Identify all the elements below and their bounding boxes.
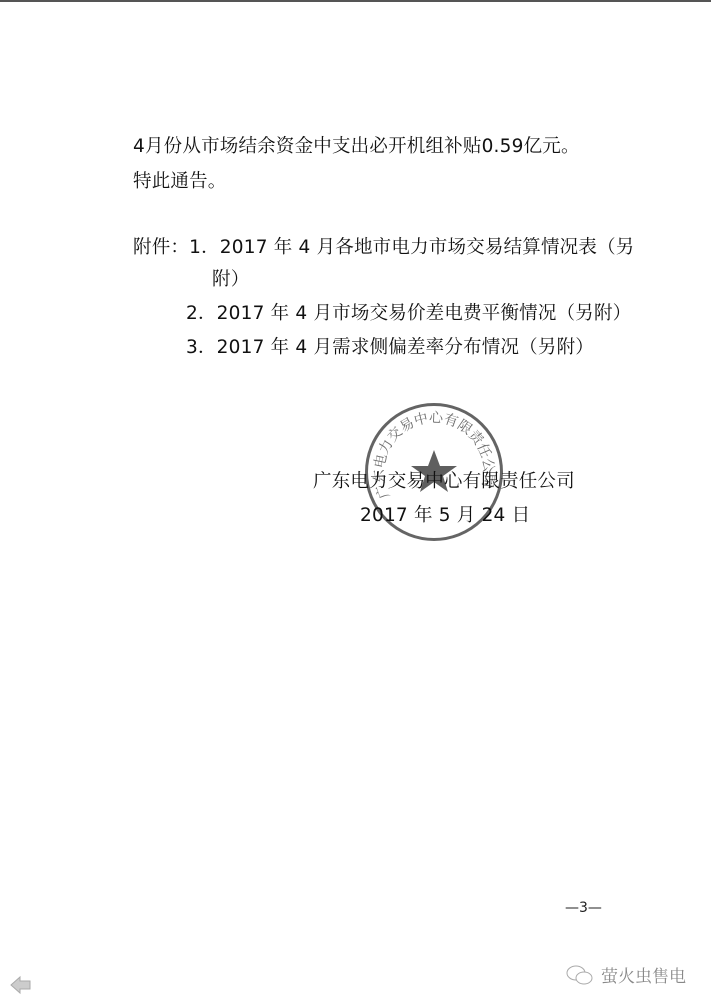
page-number: —3— <box>565 900 602 916</box>
attachment-1-cont: 附） <box>212 268 249 292</box>
attachment-2-text: 2017 年 4 月市场交易价差电费平衡情况（另附） <box>217 303 632 324</box>
body-line-1: 4月份从市场结余资金中支出必开机组补贴0.59亿元。 <box>133 135 580 159</box>
body-line-2: 特此通告。 <box>133 170 227 194</box>
attachment-3-num: 3． <box>186 337 217 358</box>
attachment-2: 2．2017 年 4 月市场交易价差电费平衡情况（另附） <box>186 302 631 326</box>
attachment-1: 附件：1．2017 年 4 月各地市电力市场交易结算情况表（另 <box>133 236 634 260</box>
signature-date: 2017 年 5 月 24 日 <box>360 504 530 528</box>
attachment-3: 3．2017 年 4 月需求侧偏差率分布情况（另附） <box>186 336 594 360</box>
wechat-icon <box>565 963 595 987</box>
attachment-3-text: 2017 年 4 月需求侧偏差率分布情况（另附） <box>217 337 594 358</box>
signature-org: 广东电力交易中心有限责任公司 <box>313 470 575 494</box>
attachment-1-text: 2017 年 4 月各地市电力市场交易结算情况表（另 <box>220 237 635 258</box>
watermark: 萤火虫售电 <box>565 962 686 987</box>
watermark-text: 萤火虫售电 <box>601 962 686 987</box>
attachments-label: 附件： <box>133 237 189 258</box>
attachment-1-num: 1． <box>189 237 220 258</box>
top-border <box>0 0 711 2</box>
back-arrow-icon[interactable] <box>10 975 32 999</box>
attachment-2-num: 2． <box>186 303 217 324</box>
